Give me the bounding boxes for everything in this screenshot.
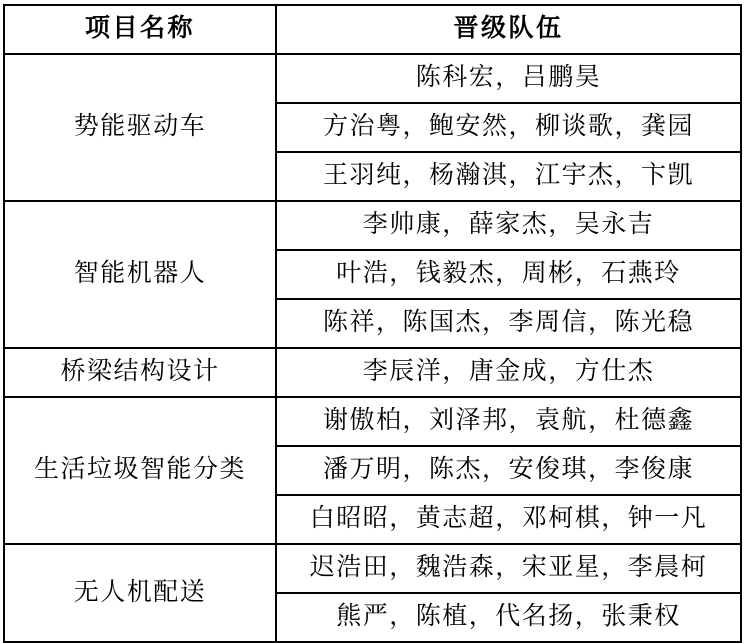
team-cell: 熊严，陈植，代名扬，张秉权	[276, 593, 741, 642]
team-cell: 陈科宏，吕鹏昊	[276, 54, 741, 103]
column-header-project: 项目名称	[4, 5, 276, 54]
team-cell: 方治粤，鲍安然，柳谈歌，龚园	[276, 103, 741, 152]
team-cell: 迟浩田，魏浩森，宋亚星，李晨柯	[276, 544, 741, 593]
table-row: 桥梁结构设计 李辰洋，唐金成，方仕杰	[4, 348, 741, 397]
team-cell: 王羽纯，杨瀚淇，江宇杰，卞凯	[276, 152, 741, 201]
team-cell: 叶浩，钱毅杰，周彬，石燕玲	[276, 250, 741, 299]
table-row: 智能机器人 李帅康，薛家杰，吴永吉	[4, 201, 741, 250]
team-cell: 潘万明，陈杰，安俊琪，李俊康	[276, 446, 741, 495]
table-row: 无人机配送 迟浩田，魏浩森，宋亚星，李晨柯	[4, 544, 741, 593]
project-name-cell: 势能驱动车	[4, 54, 276, 201]
project-name-cell: 生活垃圾智能分类	[4, 397, 276, 544]
project-name-cell: 桥梁结构设计	[4, 348, 276, 397]
header-row: 项目名称 晋级队伍	[4, 5, 741, 54]
team-cell: 李帅康，薛家杰，吴永吉	[276, 201, 741, 250]
team-cell: 白昭昭，黄志超，邓柯棋，钟一凡	[276, 495, 741, 544]
project-name-cell: 无人机配送	[4, 544, 276, 642]
project-name-cell: 智能机器人	[4, 201, 276, 348]
team-cell: 李辰洋，唐金成，方仕杰	[276, 348, 741, 397]
team-cell: 陈祥，陈国杰，李周信，陈光稳	[276, 299, 741, 348]
table-row: 生活垃圾智能分类 谢傲柏，刘泽邦，袁航，杜德鑫	[4, 397, 741, 446]
column-header-teams: 晋级队伍	[276, 5, 741, 54]
table-row: 势能驱动车 陈科宏，吕鹏昊	[4, 54, 741, 103]
advancing-teams-table: 项目名称 晋级队伍 势能驱动车 陈科宏，吕鹏昊 方治粤，鲍安然，柳谈歌，龚园 王…	[3, 4, 742, 643]
team-cell: 谢傲柏，刘泽邦，袁航，杜德鑫	[276, 397, 741, 446]
